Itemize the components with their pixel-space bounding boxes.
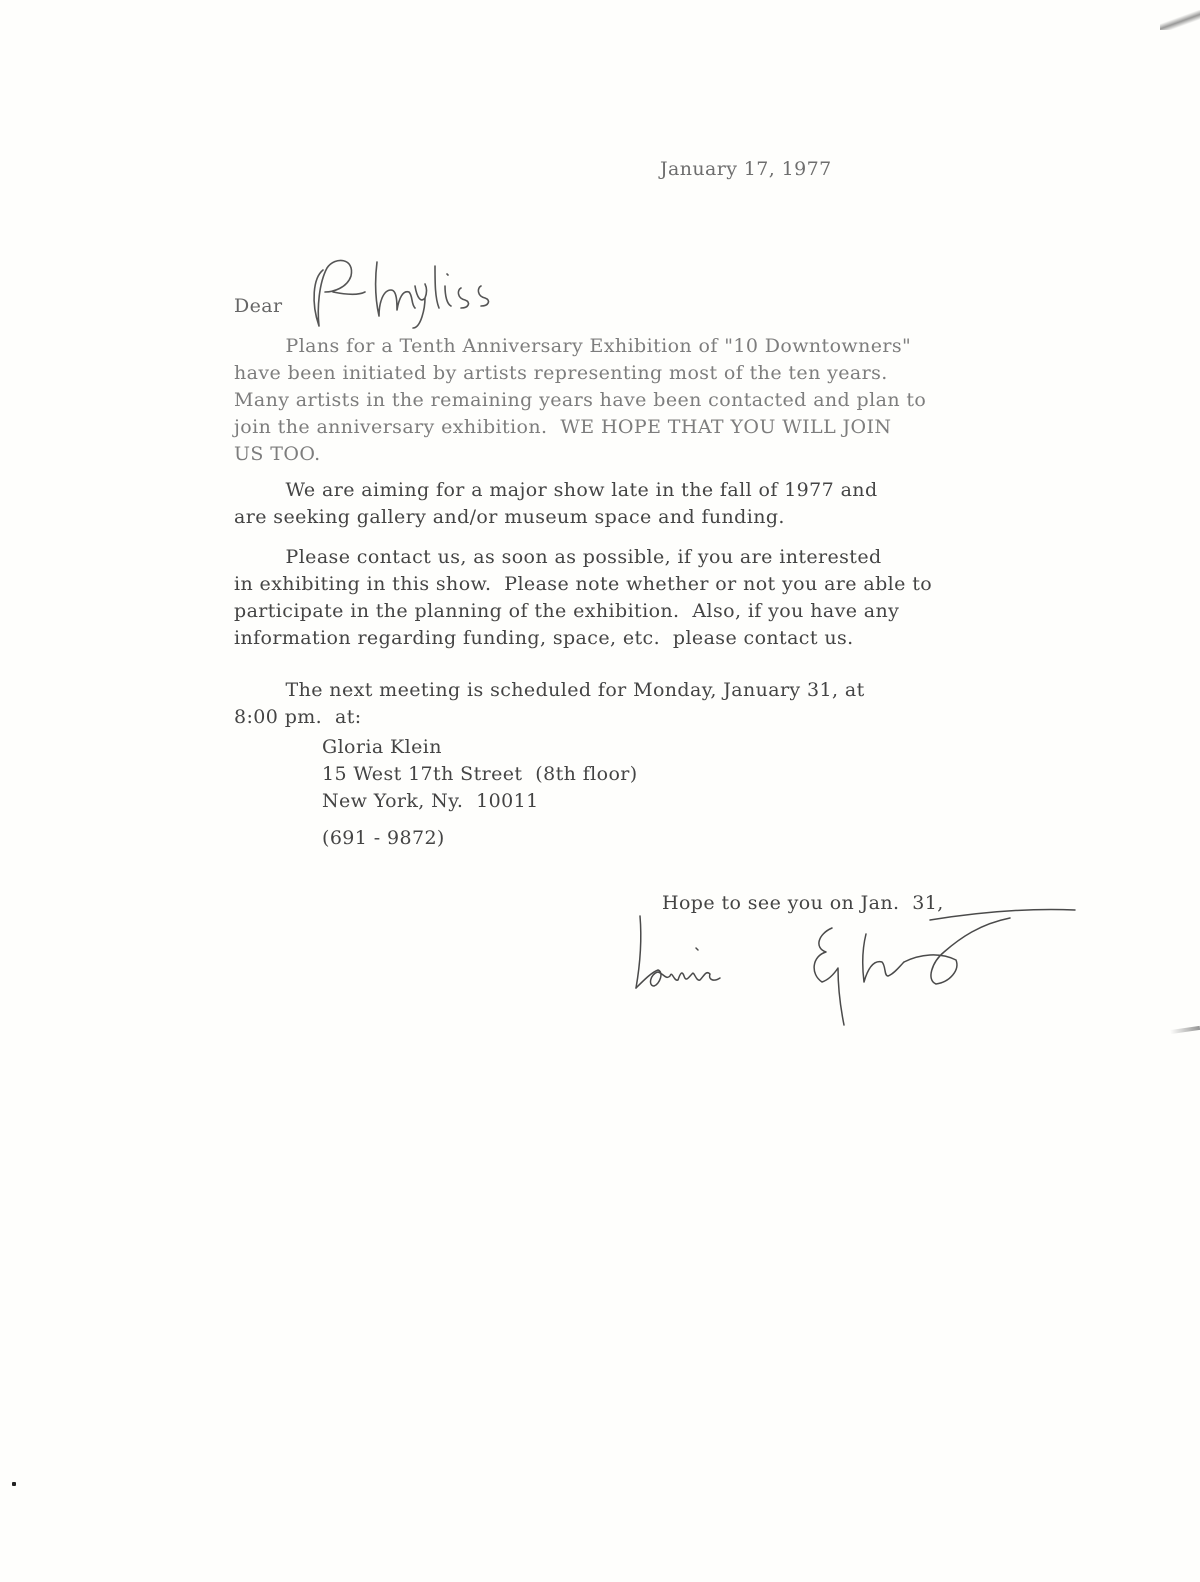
paragraph-3: Please contact us, as soon as possible, … — [234, 544, 932, 652]
letter-page: January 17, 1977 Dear Phyliss Plans for … — [0, 0, 1200, 1582]
phone-number: (691 - 9872) — [322, 825, 445, 852]
letter-date: January 17, 1977 — [660, 156, 832, 183]
salutation: Dear — [234, 293, 283, 320]
page-edge-mark — [1170, 1026, 1200, 1034]
paragraph-4: The next meeting is scheduled for Monday… — [234, 677, 865, 731]
paragraph-1: Plans for a Tenth Anniversary Exhibition… — [234, 333, 926, 468]
page-edge-shadow — [1160, 10, 1200, 30]
address-city: New York, Ny. 10011 — [322, 790, 539, 812]
address-name: Gloria Klein — [322, 736, 442, 758]
handwritten-recipient-name: Phyliss — [305, 248, 505, 338]
handwritten-signature: Louise Eghert — [600, 890, 1080, 1030]
paragraph-2: We are aiming for a major show late in t… — [234, 477, 878, 531]
speck — [12, 1482, 16, 1486]
address-street: 15 West 17th Street (8th floor) — [322, 763, 638, 785]
meeting-address: Gloria Klein 15 West 17th Street (8th fl… — [322, 734, 638, 815]
